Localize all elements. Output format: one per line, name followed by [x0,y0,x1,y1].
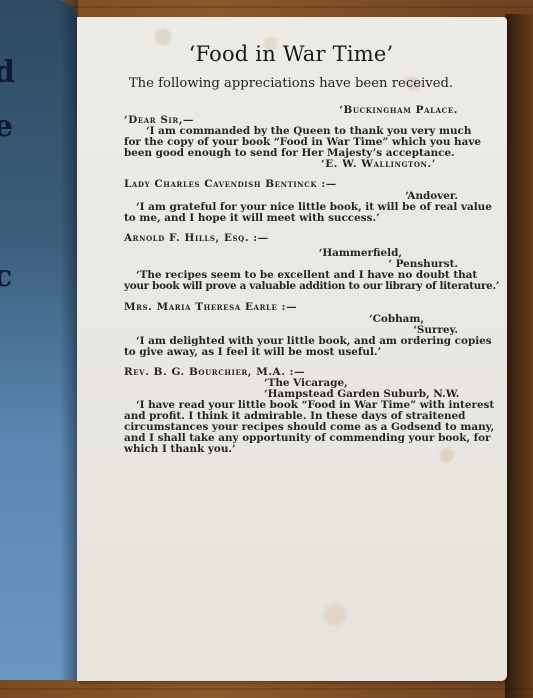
book-cover: d e c [0,0,78,680]
correspondent-heading: Arnold F. Hills, Esq. :— [124,233,269,244]
cover-letter: d [0,58,15,88]
wood-grain [0,688,533,690]
letter-text: which I thank you.’ [124,444,236,455]
correspondent-heading: Mrs. Maria Theresa Earle :— [124,302,297,313]
page-title: ‘Food in War Time’ [124,42,458,66]
signature: ‘E. W. Wallington.’ [321,159,436,170]
letter-text: to give away, as I feel it will be most … [124,347,381,358]
book-page: ‘Food in War Time’ The following appreci… [77,17,507,681]
cover-fold [60,0,78,680]
page-shadow [505,14,533,698]
address-line: ‘Buckingham Palace. [339,105,458,116]
letter-text: to me, and I hope it will meet with succ… [124,213,380,224]
cover-letter: e [0,112,13,142]
letter-text: your book will prove a valuable addition… [124,281,499,292]
cover-letter: c [0,262,12,292]
correspondent-heading: Lady Charles Cavendish Bentinck :— [124,179,337,190]
page-subtitle: The following appreciations have been re… [124,76,458,91]
wood-grain [0,6,533,8]
